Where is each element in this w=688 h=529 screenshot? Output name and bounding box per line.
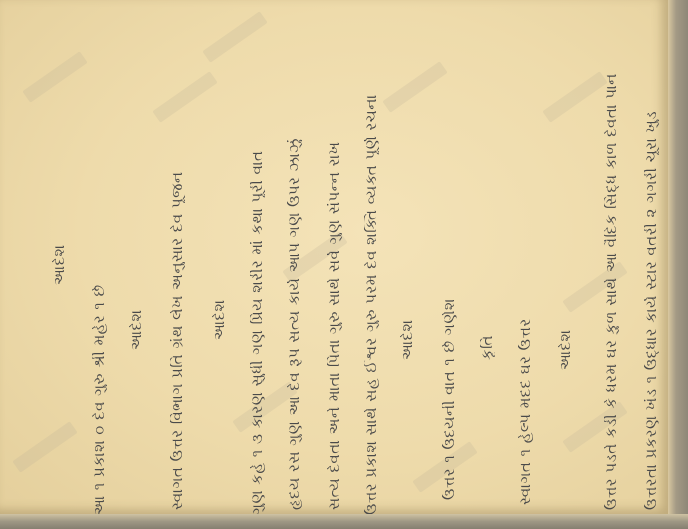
watermark	[542, 71, 607, 123]
page-edge-right	[668, 0, 688, 529]
handwritten-line: ઉત્તરતા પ્રકરણ ખંડ ૧ ઉદ્ધાર કાર્ય સ્ટાર …	[644, 40, 659, 510]
watermark	[382, 61, 447, 113]
watermark	[202, 11, 267, 63]
handwritten-line: ઉત્તર ૧ ઉદયની વાત ૧ છે ગણેશ	[442, 300, 457, 500]
watermark	[12, 421, 77, 473]
handwritten-line: આ ૧ પ્રકાશ ૦ દેવ ગુરુ શ્રી મહેર ૧ છે	[92, 240, 107, 515]
handwritten-line: આદેશ	[558, 330, 573, 370]
handwritten-line: આદેશ	[212, 300, 227, 340]
manuscript-page: ઉત્તરતા પ્રકરણ ખંડ ૧ ઉદ્ધાર કાર્ય સ્ટાર …	[0, 0, 668, 514]
page-edge-bottom	[0, 514, 688, 529]
handwritten-line: આદેશ	[129, 310, 144, 350]
handwritten-line: આદેશ	[52, 240, 67, 285]
handwritten-line: કૃતિ	[480, 320, 495, 360]
watermark	[152, 71, 217, 123]
handwritten-line: ગુણ કહે ૧ ૩ કારણ સુધી ગણ પ્રિય શરીર માં …	[250, 70, 265, 515]
handwritten-line: સત્ય દેવતા અને માતા પિતા ગુરુ સાથે સર્વ …	[327, 70, 342, 510]
handwritten-line: હૃદય રસ ગુણ આ દેવ રૂપ સત્ય કાર્ય આપ ગણ ઉ…	[287, 90, 302, 510]
handwritten-line: આદેશ	[400, 320, 415, 360]
handwritten-line: ઉત્તર પ્રકાશ સાથે સહ ઈશ્વર ગુરુ પરમ દેવ …	[364, 50, 379, 515]
handwritten-line: ઉત્તર પડતે કડી કે ધરમ ઘર કુળ સાથે આ વૈદિ…	[604, 50, 619, 510]
watermark	[22, 51, 87, 103]
handwritten-line: સ્વાગત ૧ હેલ્પ મદદ ઘર ઉત્તર	[518, 300, 533, 505]
handwritten-line: સ્વાગત ઉત્તર વિભાગ પ્રતિ ગ્રંથ લેખ અનુસા…	[170, 80, 185, 510]
